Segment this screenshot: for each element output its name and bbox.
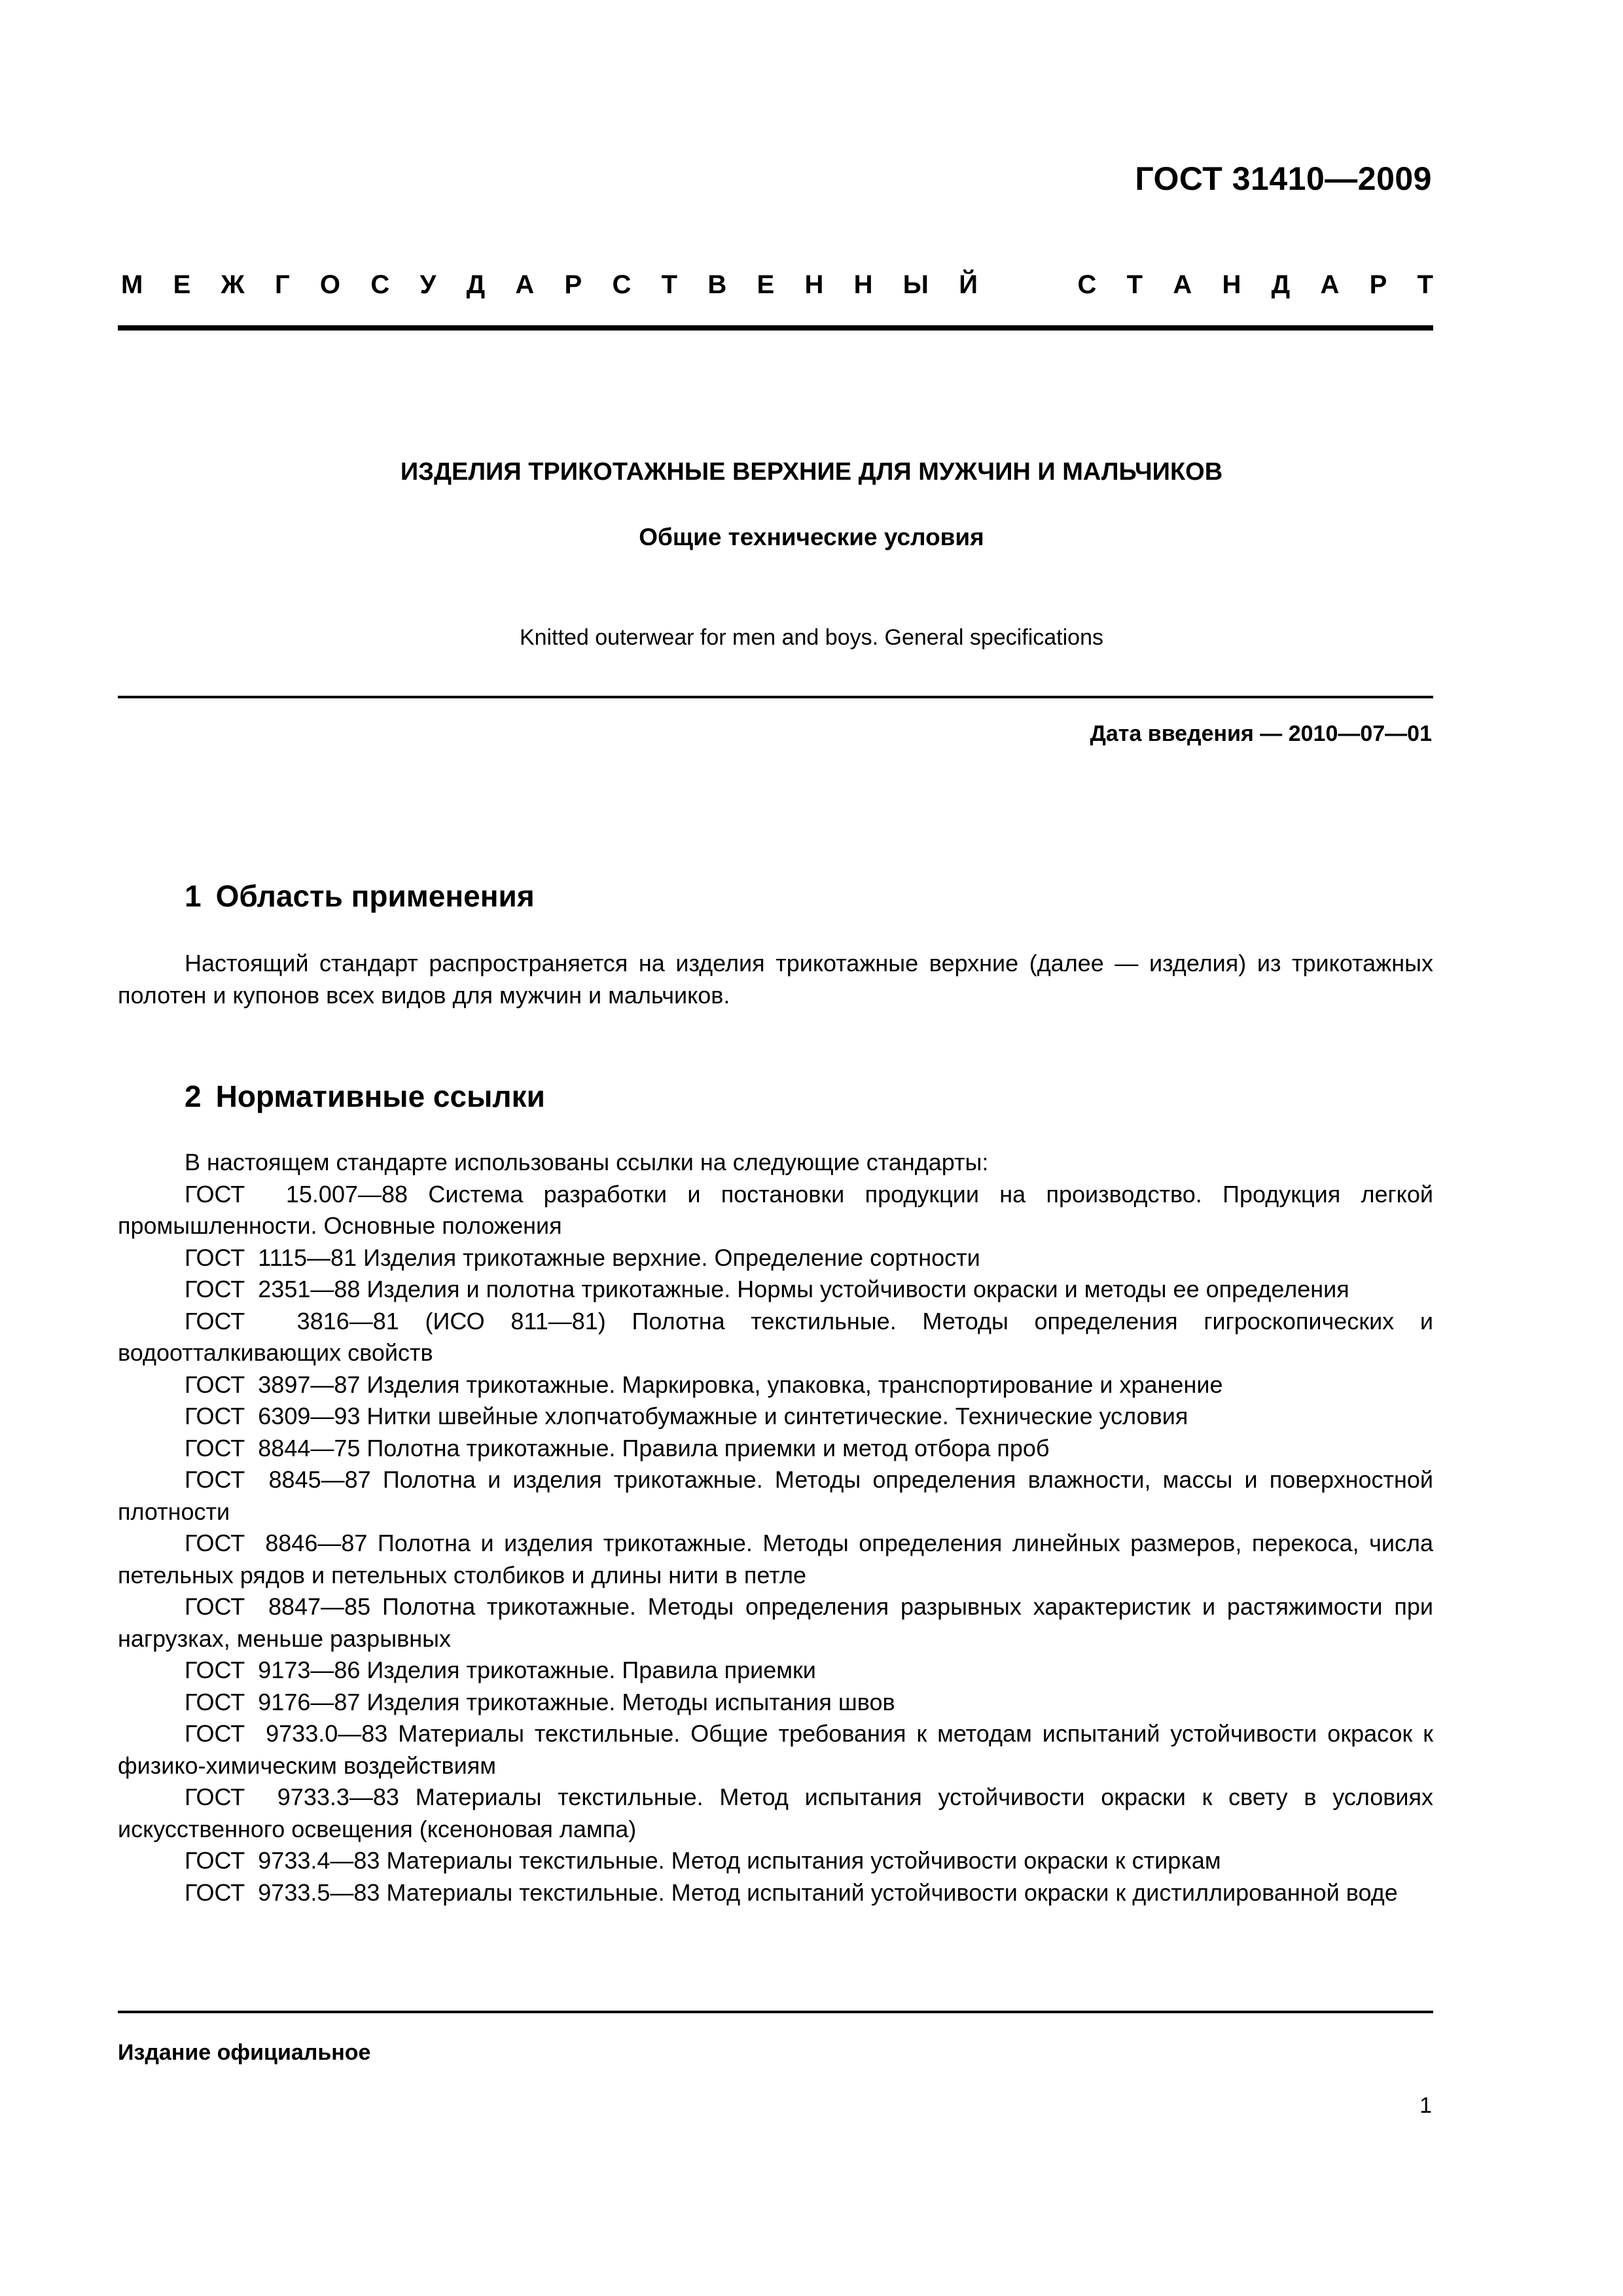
reference-title: Изделия трикотажные. Правила приемки (366, 1657, 815, 1683)
label-letter: Ы (903, 270, 929, 300)
label-letter: А (1173, 270, 1192, 300)
label-letter: Ж (221, 270, 245, 300)
section-heading-scope: 1Область применения (185, 878, 535, 914)
paragraph: Настоящий стандарт распространяется на и… (118, 948, 1433, 1011)
section-title: Область применения (216, 879, 535, 913)
reference-item: ГОСТ 6309—93 Нитки швейные хлопчатобумаж… (118, 1401, 1433, 1433)
reference-code: ГОСТ 9176—87 (185, 1689, 360, 1715)
reference-code: ГОСТ 8844—75 (185, 1435, 360, 1462)
reference-item: ГОСТ 9733.5—83 Материалы текстильные. Ме… (118, 1877, 1433, 1909)
reference-title: Полотна трикотажные. Правила приемки и м… (366, 1435, 1049, 1462)
reference-item: ГОСТ 8846—87 Полотна и изделия трикотажн… (118, 1528, 1433, 1591)
footer-divider (118, 2011, 1433, 2013)
references-intro: В настоящем стандарте использованы ссылк… (118, 1147, 1433, 1179)
reference-code: ГОСТ 15.007—88 (185, 1181, 408, 1208)
label-letter: А (1320, 270, 1339, 300)
reference-item: ГОСТ 9176—87 Изделия трикотажные. Методы… (118, 1687, 1433, 1719)
label-letter: В (707, 270, 726, 300)
document-title: ИЗДЕЛИЯ ТРИКОТАЖНЫЕ ВЕРХНИЕ ДЛЯ МУЖЧИН И… (0, 458, 1623, 486)
reference-item: ГОСТ 3897—87 Изделия трикотажные. Маркир… (118, 1369, 1433, 1401)
reference-code: ГОСТ 3816—81 (185, 1308, 399, 1335)
section-number: 1 (185, 879, 202, 913)
label-letter: Е (173, 270, 191, 300)
word-gap (1008, 270, 1047, 300)
label-letter: У (419, 270, 436, 300)
reference-code: ГОСТ 9733.4—83 (185, 1847, 380, 1874)
reference-code: ГОСТ 1115—81 (185, 1244, 357, 1271)
reference-title: Материалы текстильные. Метод испытаний у… (386, 1879, 1397, 1906)
label-letter: Р (565, 270, 582, 300)
reference-title: Материалы текстильные. Метод испытания у… (386, 1847, 1221, 1874)
reference-code: ГОСТ 9733.5—83 (185, 1879, 380, 1906)
reference-item: ГОСТ 9733.4—83 Материалы текстильные. Ме… (118, 1845, 1433, 1877)
reference-code: ГОСТ 3897—87 (185, 1371, 360, 1398)
label-letter: Д (1272, 270, 1291, 300)
reference-title: Изделия трикотажные. Методы испытания шв… (366, 1689, 895, 1715)
label-letter: А (515, 270, 534, 300)
label-letter: М (121, 270, 143, 300)
reference-title: Изделия и полотна трикотажные. Нормы уст… (366, 1276, 1349, 1302)
label-letter: Г (275, 270, 290, 300)
reference-item: ГОСТ 8844—75 Полотна трикотажные. Правил… (118, 1433, 1433, 1465)
document-subtitle: Общие технические условия (0, 524, 1623, 551)
label-letter: Й (959, 270, 978, 300)
reference-code: ГОСТ 8846—87 (185, 1530, 367, 1556)
page-number: 1 (1419, 2093, 1432, 2119)
label-letter: Н (1222, 270, 1241, 300)
label-letter: Д (467, 270, 486, 300)
label-letter: Н (854, 270, 873, 300)
reference-item: ГОСТ 15.007—88 Система разработки и пост… (118, 1179, 1433, 1242)
reference-title: Изделия трикотажные. Маркировка, упаковк… (366, 1371, 1222, 1398)
reference-code: ГОСТ 8845—87 (185, 1466, 371, 1493)
reference-item: ГОСТ 9173—86 Изделия трикотажные. Правил… (118, 1655, 1433, 1687)
label-letter: Е (757, 270, 775, 300)
reference-item: ГОСТ 9733.3—83 Материалы текстильные. Ме… (118, 1782, 1433, 1845)
reference-code: ГОСТ 2351—88 (185, 1276, 360, 1302)
introduction-date: Дата введения — 2010—07—01 (1090, 721, 1432, 747)
label-letter: Т (1418, 270, 1433, 300)
reference-item: ГОСТ 1115—81 Изделия трикотажные верхние… (118, 1242, 1433, 1274)
reference-item: ГОСТ 3816—81 (ИСО 811—81) Полотна тексти… (118, 1306, 1433, 1369)
reference-item: ГОСТ 9733.0—83 Материалы текстильные. Об… (118, 1718, 1433, 1782)
reference-code: ГОСТ 8847—85 (185, 1593, 370, 1620)
reference-title: Нитки швейные хлопчатобумажные и синтети… (366, 1403, 1188, 1429)
section-title: Нормативные ссылки (216, 1079, 545, 1113)
label-letter: С (370, 270, 389, 300)
title-divider (118, 696, 1433, 698)
reference-code: ГОСТ 9733.0—83 (185, 1720, 387, 1747)
references-list: В настоящем стандарте использованы ссылк… (118, 1147, 1433, 1909)
label-letter: С (613, 270, 632, 300)
document-number: ГОСТ 31410—2009 (1135, 160, 1432, 198)
label-letter: Т (662, 270, 677, 300)
label-letter: С (1078, 270, 1097, 300)
section-number: 2 (185, 1079, 202, 1113)
document-page: ГОСТ 31410—2009 М Е Ж Г О С У Д А Р С Т … (0, 0, 1623, 2296)
reference-item: ГОСТ 8845—87 Полотна и изделия трикотажн… (118, 1464, 1433, 1528)
document-title-english: Knitted outerwear for men and boys. Gene… (0, 625, 1623, 651)
reference-code: ГОСТ 6309—93 (185, 1403, 360, 1429)
reference-code: ГОСТ 9733.3—83 (185, 1784, 399, 1810)
reference-item: ГОСТ 8847—85 Полотна трикотажные. Методы… (118, 1591, 1433, 1655)
edition-label: Издание официальное (118, 2040, 370, 2066)
reference-code: ГОСТ 9173—86 (185, 1657, 360, 1683)
interstate-standard-label: М Е Ж Г О С У Д А Р С Т В Е Н Н Ы Й С Т … (121, 270, 1433, 300)
label-letter: О (320, 270, 340, 300)
section-heading-normative-references: 2Нормативные ссылки (185, 1079, 545, 1114)
section-body-scope: Настоящий стандарт распространяется на и… (118, 948, 1433, 1011)
label-letter: Н (804, 270, 823, 300)
reference-title: Изделия трикотажные верхние. Определение… (363, 1244, 980, 1271)
header-divider (118, 325, 1433, 331)
label-letter: Р (1370, 270, 1387, 300)
label-letter: Т (1127, 270, 1143, 300)
reference-item: ГОСТ 2351—88 Изделия и полотна трикотажн… (118, 1274, 1433, 1306)
